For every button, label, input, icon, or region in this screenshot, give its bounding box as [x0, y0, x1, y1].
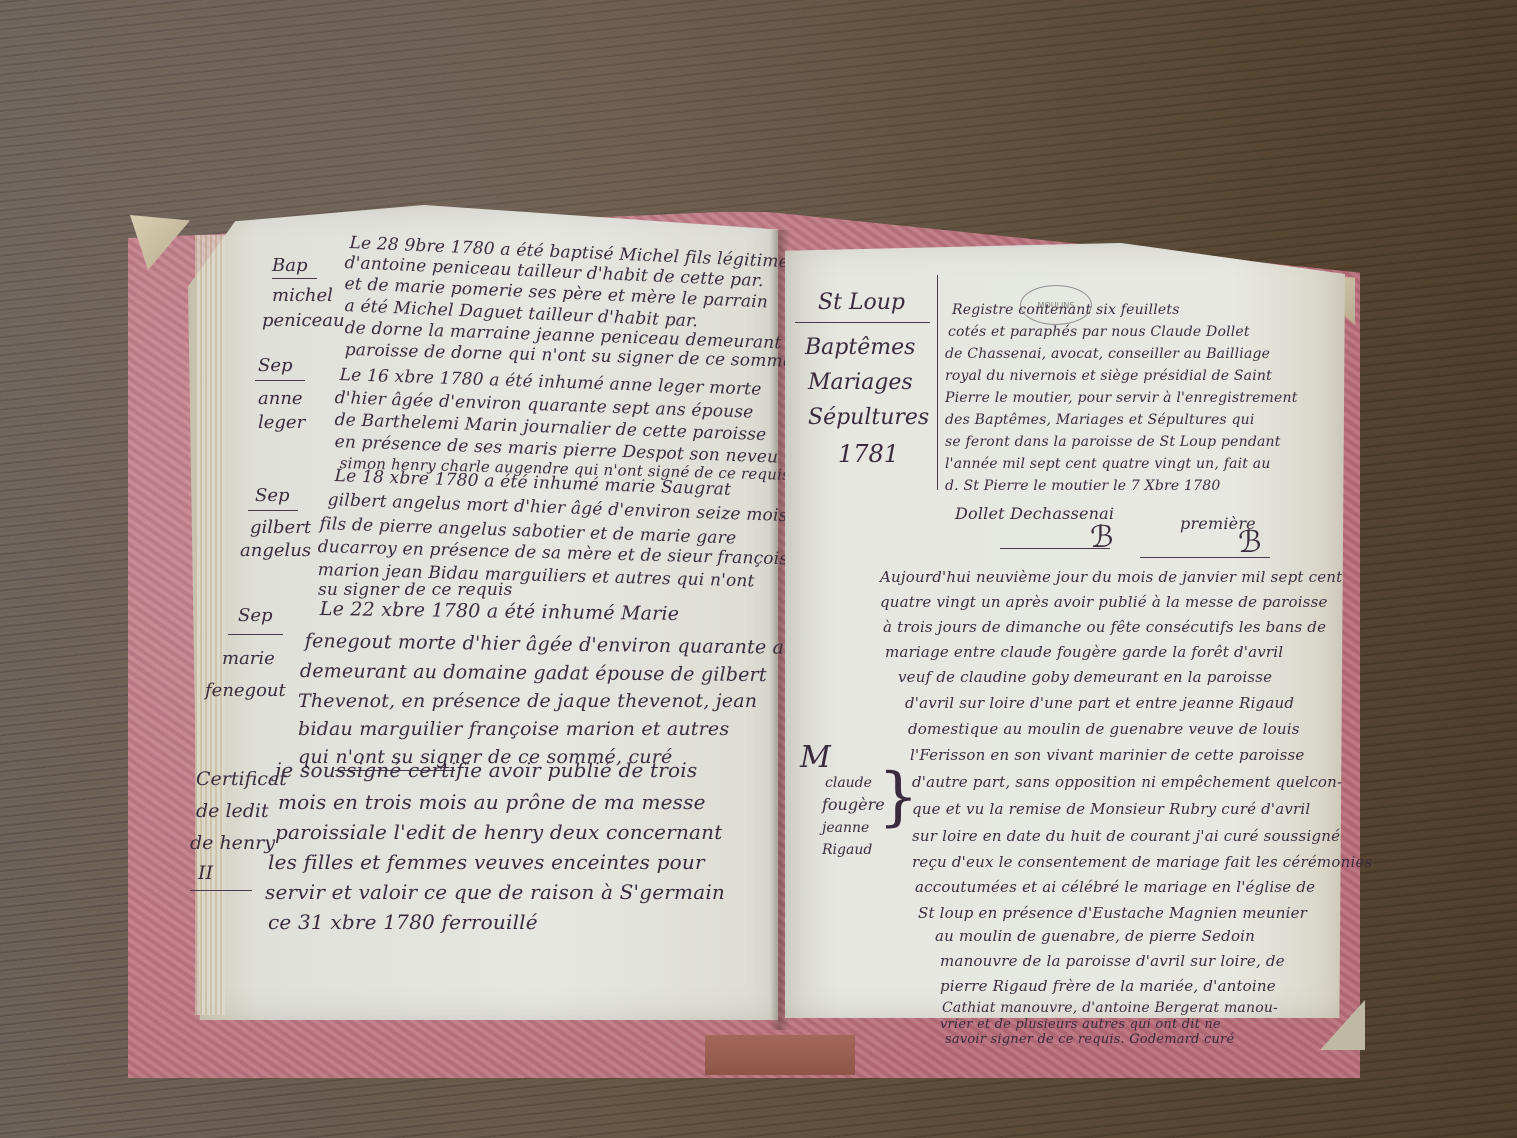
- margin-underline: [190, 890, 252, 891]
- paraph-mark: ℬ: [1090, 520, 1114, 555]
- preamble-line: se feront dans la paroisse de St Loup pe…: [945, 434, 1281, 450]
- marriage-line: sur loire en date du huit de courant j'a…: [912, 827, 1340, 845]
- margin-label: gilbert: [250, 517, 311, 538]
- preamble-line: Pierre le moutier, pour servir à l'enreg…: [945, 390, 1298, 406]
- margin-label: de ledit: [196, 800, 269, 822]
- entry-line: paroissiale l'edit de henry deux concern…: [275, 820, 723, 844]
- entry-line: ce 31 xbre 1780 ferrouillé: [268, 910, 538, 934]
- book-spine: [705, 1035, 855, 1075]
- margin-underline: [255, 380, 305, 381]
- margin-underline: [248, 510, 298, 511]
- margin-label: anne: [258, 388, 303, 409]
- entry-line: Thevenot, en présence de jaque thevenot,…: [298, 690, 757, 712]
- header-label: Sépultures: [808, 405, 929, 430]
- marriage-line: mariage entre claude fougère garde la fo…: [885, 643, 1283, 661]
- margin-label: leger: [258, 412, 305, 433]
- register-year: 1781: [838, 440, 899, 468]
- marriage-line: à trois jours de dimanche ou fête conséc…: [883, 618, 1326, 636]
- marriage-margin-name: fougère: [822, 795, 885, 814]
- marriage-margin-name: claude: [825, 775, 872, 791]
- entry-line: mois en trois mois au prône de ma messe: [278, 790, 706, 814]
- marriage-line: l'Ferisson en son vivant marinier de cet…: [910, 746, 1304, 764]
- margin-label: michel: [272, 285, 333, 306]
- brace-mark: }: [878, 760, 919, 834]
- marriage-line: pierre Rigaud frère de la mariée, d'anto…: [940, 977, 1276, 995]
- margin-label: Certificat: [196, 768, 287, 790]
- margin-label: Sep: [255, 485, 290, 506]
- paraph-mark: ℬ: [1238, 525, 1262, 560]
- marriage-line: domestique au moulin de guenabre veuve d…: [908, 720, 1300, 738]
- preamble-line: Registre contenant six feuillets: [952, 302, 1180, 318]
- parish-name: St Loup: [818, 290, 905, 315]
- marriage-line: vrier et de plusieurs autres qui ont dit…: [940, 1017, 1221, 1032]
- margin-label: Bap: [272, 255, 307, 276]
- entry-line: les filles et femmes veuves enceintes po…: [268, 850, 705, 874]
- marriage-line: d'avril sur loire d'une part et entre je…: [905, 694, 1294, 712]
- signature-rule: [1140, 557, 1270, 558]
- margin-label: II: [198, 862, 213, 884]
- entry-line: je soussigné certifie avoir publié de tr…: [275, 758, 697, 782]
- preamble-line: l'année mil sept cent quatre vingt un, f…: [945, 456, 1271, 472]
- margin-label: marie: [222, 648, 275, 669]
- header-label: Baptêmes: [805, 335, 915, 360]
- margin-label: fenegout: [205, 680, 286, 701]
- margin-underline: [272, 278, 317, 279]
- entry-line: servir et valoir ce que de raison à S'ge…: [265, 880, 725, 904]
- signature-rule: [1000, 548, 1110, 549]
- margin-underline: [228, 634, 283, 635]
- marriage-line: quatre vingt un après avoir publié à la …: [880, 593, 1328, 611]
- marriage-margin-name: Rigaud: [822, 842, 872, 858]
- preamble-line: royal du nivernois et siège présidial de…: [945, 368, 1272, 384]
- marriage-marker: M: [800, 740, 831, 775]
- preamble-line: d. St Pierre le moutier le 7 Xbre 1780: [945, 478, 1220, 494]
- preamble-line: cotés et paraphés par nous Claude Dollet: [948, 324, 1250, 340]
- preamble-line: des Baptêmes, Mariages et Sépultures qui: [945, 412, 1255, 428]
- marriage-line: Aujourd'hui neuvième jour du mois de jan…: [880, 568, 1342, 586]
- margin-divider: [937, 275, 938, 490]
- marriage-line: Cathiat manouvre, d'antoine Bergerat man…: [942, 1000, 1278, 1016]
- marriage-line: d'autre part, sans opposition ni empêche…: [912, 773, 1342, 791]
- margin-label: angelus: [240, 540, 311, 561]
- marriage-line: reçu d'eux le consentement de mariage fa…: [912, 853, 1372, 871]
- marriage-line: manouvre de la paroisse d'avril sur loir…: [940, 952, 1285, 970]
- marriage-margin-name: jeanne: [822, 820, 869, 836]
- marriage-line: savoir signer de ce requis. Godemard cur…: [945, 1032, 1234, 1047]
- margin-label: Sep: [258, 355, 293, 376]
- margin-label: peniceau: [262, 310, 345, 331]
- marriage-line: veuf de claudine goby demeurant en la pa…: [898, 668, 1272, 686]
- left-page-edges: [195, 235, 225, 1015]
- marriage-line: que et vu la remise de Monsieur Rubry cu…: [912, 800, 1310, 818]
- margin-label: de henry: [190, 832, 275, 854]
- header-label: Mariages: [808, 370, 913, 395]
- entry-line: demeurant au domaine gadat épouse de gil…: [300, 660, 767, 686]
- header-rule: [795, 322, 930, 323]
- margin-label: Sep: [238, 605, 273, 626]
- preamble-line: de Chassenai, avocat, conseiller au Bail…: [945, 346, 1270, 362]
- entry-line: su signer de ce requis: [318, 580, 513, 600]
- marriage-line: accoutumées et ai célébré le mariage en …: [915, 878, 1315, 896]
- marriage-line: au moulin de guenabre, de pierre Sedoin: [935, 927, 1255, 945]
- entry-line: bidau marguilier françoise marion et aut…: [298, 718, 729, 740]
- marriage-line: St loup en présence d'Eustache Magnien m…: [918, 904, 1307, 922]
